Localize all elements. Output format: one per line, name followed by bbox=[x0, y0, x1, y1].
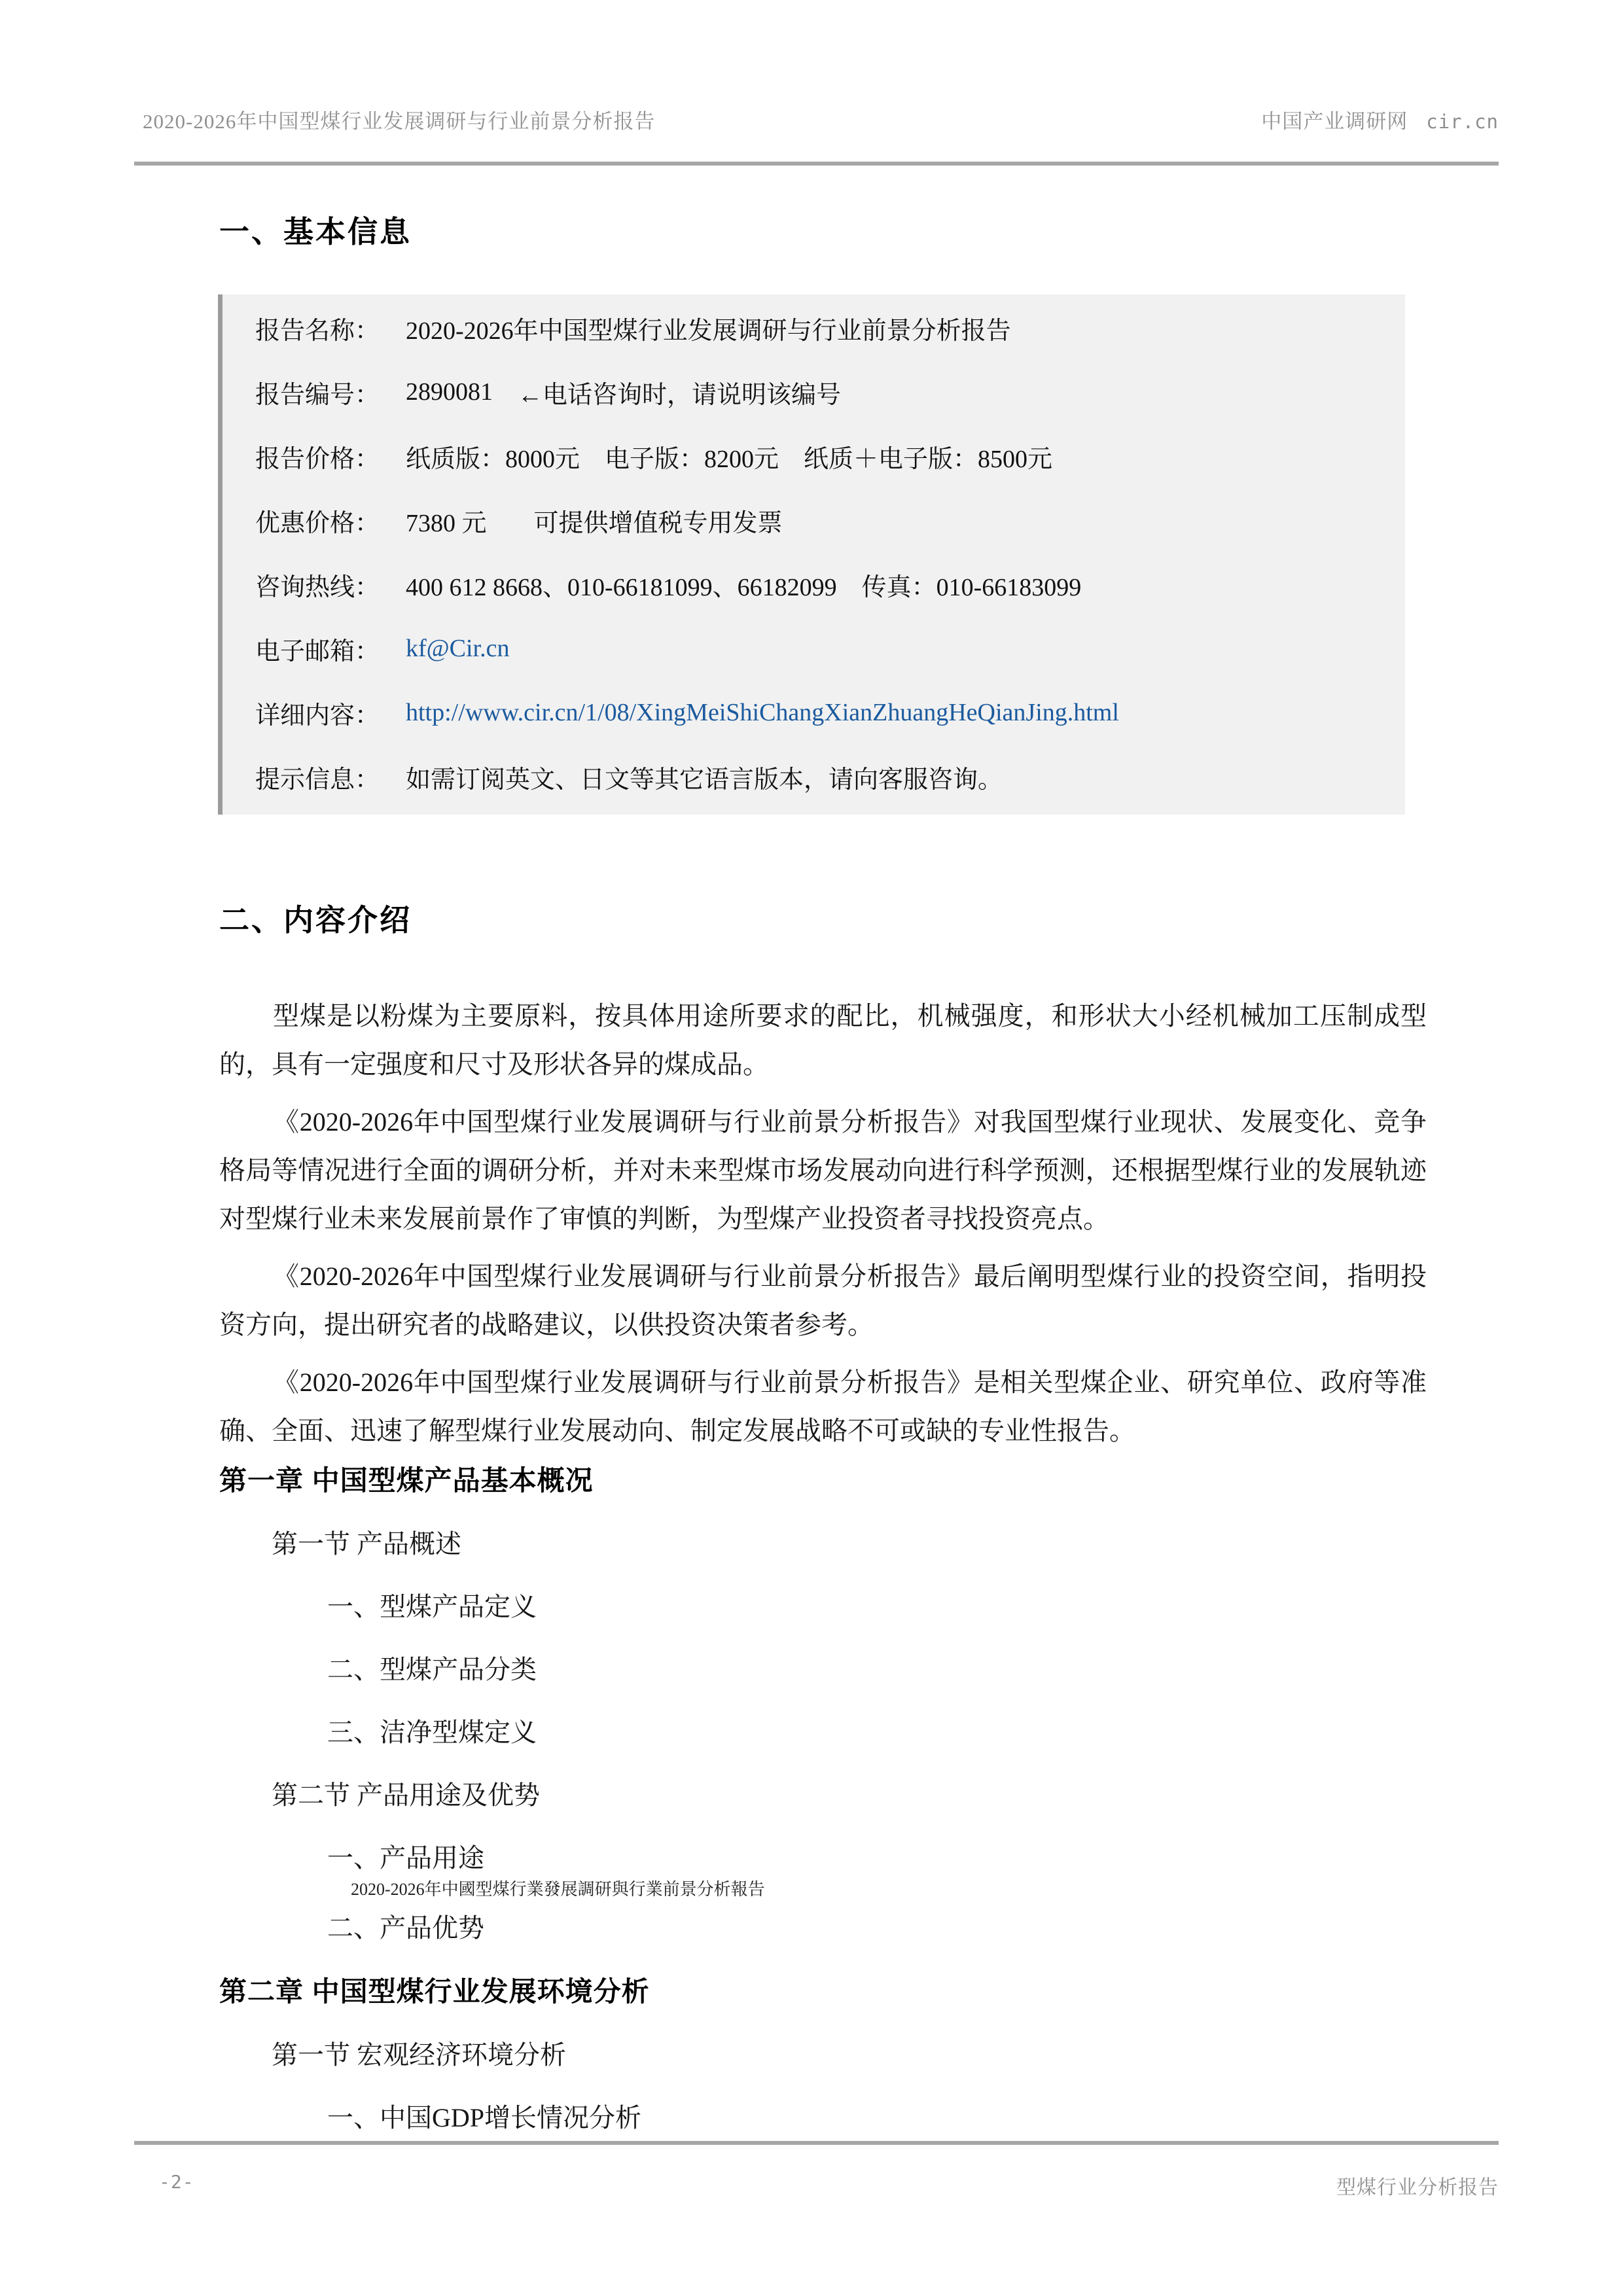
report-name-value: 2020-2026年中国型煤行业发展调研与行业前景分析报告 bbox=[406, 310, 1011, 346]
info-label: 优惠价格： bbox=[255, 503, 406, 539]
toc-item: 一、中国GDP增长情况分析 bbox=[219, 2102, 1427, 2134]
info-row-email: 电子邮箱： kf@Cir.cn bbox=[223, 616, 1405, 680]
info-row-tip: 提示信息： 如需订阅英文、日文等其它语言版本，请向客服咨询。 bbox=[223, 745, 1405, 809]
toc-watermark-note: 2020-2026年中國型煤行業發展調研與行業前景分析報告 bbox=[219, 1879, 1427, 1899]
toc-section-1-1: 第一节 产品概述 bbox=[219, 1528, 1427, 1560]
info-label: 电子邮箱： bbox=[255, 631, 406, 667]
detail-url-link[interactable]: http://www.cir.cn/1/08/XingMeiShiChangXi… bbox=[406, 698, 1119, 727]
header-divider-rule bbox=[134, 162, 1499, 166]
info-row-report-name: 报告名称： 2020-2026年中国型煤行业发展调研与行业前景分析报告 bbox=[223, 296, 1405, 360]
footer-divider-rule bbox=[134, 2141, 1499, 2145]
document-page: { "header": { "left": "2020-2026年中国型煤行业发… bbox=[0, 0, 1623, 2296]
report-number-value: 2890081 bbox=[406, 378, 493, 406]
page-header: 2020-2026年中国型煤行业发展调研与行业前景分析报告 中国产业调研网cir… bbox=[134, 105, 1499, 134]
discount-price-note: 可提供增值税专用发票 bbox=[534, 503, 783, 539]
info-row-discount-price: 优惠价格： 7380 元 可提供增值税专用发票 bbox=[223, 488, 1405, 552]
intro-paragraph: 型煤是以粉煤为主要原料，按具体用途所要求的配比，机械强度，和形状大小经机械加工压… bbox=[219, 992, 1427, 1089]
intro-paragraph: 《2020-2026年中国型煤行业发展调研与行业前景分析报告》是相关型煤企业、研… bbox=[219, 1358, 1427, 1455]
header-site-name: 中国产业调研网 bbox=[1261, 110, 1408, 133]
header-report-title: 2020-2026年中国型煤行业发展调研与行业前景分析报告 bbox=[134, 105, 655, 134]
section-title-content-intro: 二、内容介绍 bbox=[219, 896, 412, 940]
intro-paragraph: 《2020-2026年中国型煤行业发展调研与行业前景分析报告》最后阐明型煤行业的… bbox=[219, 1252, 1427, 1349]
report-number-note: ←电话咨询时，请说明该编号 bbox=[518, 374, 841, 410]
hotline-value: 400 612 8668、010-66181099、66182099 传真：01… bbox=[406, 567, 1081, 603]
discount-price-value: 7380 元 bbox=[406, 503, 487, 539]
toc-item: 三、洁净型煤定义 bbox=[219, 1717, 1427, 1748]
info-label: 详细内容： bbox=[255, 695, 406, 731]
report-info-box: 报告名称： 2020-2026年中国型煤行业发展调研与行业前景分析报告 报告编号… bbox=[218, 294, 1405, 815]
tip-value: 如需订阅英文、日文等其它语言版本，请向客服咨询。 bbox=[406, 759, 1003, 795]
toc-item: 一、产品用途 bbox=[219, 1843, 1427, 1874]
toc-outline: 第一章 中国型煤产品基本概况 第一节 产品概述 一、型煤产品定义 二、型煤产品分… bbox=[219, 1464, 1427, 2134]
info-row-hotline: 咨询热线： 400 612 8668、010-66181099、66182099… bbox=[223, 552, 1405, 616]
header-site-domain: cir.cn bbox=[1426, 111, 1499, 133]
toc-chapter-1: 第一章 中国型煤产品基本概况 bbox=[219, 1464, 1427, 1497]
toc-item: 二、产品优势 bbox=[219, 1913, 1427, 1944]
report-price-value: 纸质版：8000元 电子版：8200元 纸质＋电子版：8500元 bbox=[406, 438, 1052, 474]
section-title-basic-info: 一、基本信息 bbox=[219, 208, 412, 251]
email-link[interactable]: kf@Cir.cn bbox=[406, 634, 509, 663]
info-label: 提示信息： bbox=[255, 759, 406, 795]
page-footer: -2- 型煤行业分析报告 bbox=[134, 2171, 1499, 2200]
info-row-report-price: 报告价格： 纸质版：8000元 电子版：8200元 纸质＋电子版：8500元 bbox=[223, 424, 1405, 488]
content-intro-body: 型煤是以粉煤为主要原料，按具体用途所要求的配比，机械强度，和形状大小经机械加工压… bbox=[219, 992, 1427, 1464]
toc-item: 一、型煤产品定义 bbox=[219, 1591, 1427, 1623]
footer-page-number: -2- bbox=[134, 2171, 194, 2200]
info-label: 报告价格： bbox=[255, 438, 406, 474]
toc-section-1-2: 第二节 产品用途及优势 bbox=[219, 1780, 1427, 1811]
toc-chapter-2: 第二章 中国型煤行业发展环境分析 bbox=[219, 1975, 1427, 2008]
footer-report-label: 型煤行业分析报告 bbox=[1336, 2171, 1499, 2200]
toc-item: 二、型煤产品分类 bbox=[219, 1654, 1427, 1686]
info-label: 咨询热线： bbox=[255, 567, 406, 603]
intro-paragraph: 《2020-2026年中国型煤行业发展调研与行业前景分析报告》对我国型煤行业现状… bbox=[219, 1098, 1427, 1243]
info-label: 报告名称： bbox=[255, 310, 406, 346]
toc-section-2-1: 第一节 宏观经济环境分析 bbox=[219, 2040, 1427, 2071]
info-label: 报告编号： bbox=[255, 374, 406, 410]
header-site: 中国产业调研网cir.cn bbox=[1261, 105, 1499, 134]
info-row-detail-url: 详细内容： http://www.cir.cn/1/08/XingMeiShiC… bbox=[223, 680, 1405, 745]
info-row-report-number: 报告编号： 2890081 ←电话咨询时，请说明该编号 bbox=[223, 360, 1405, 424]
